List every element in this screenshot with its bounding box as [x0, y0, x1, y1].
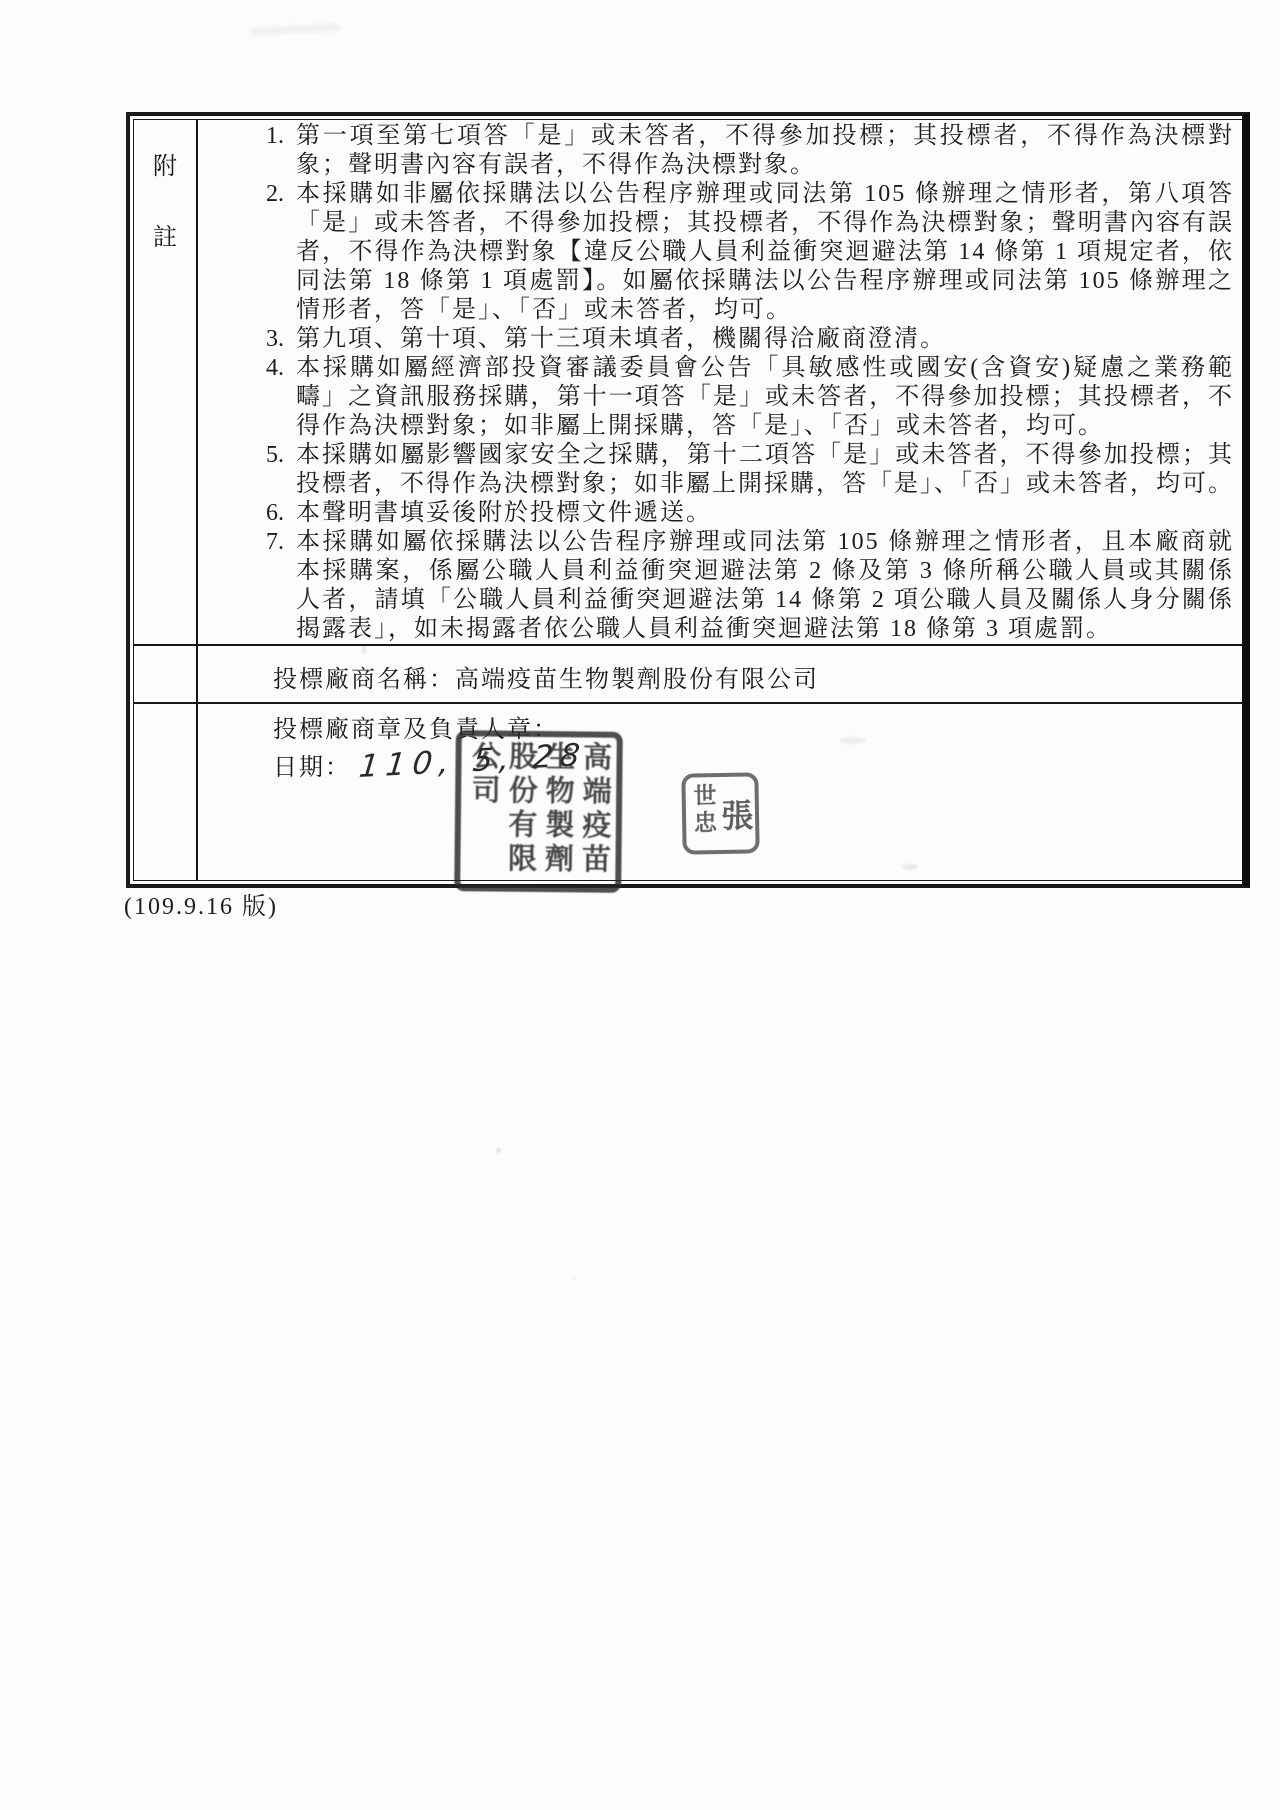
declaration-table: 附 註 第一項至第七項答「是」或未答者，不得參加投標；其投標者，不得作為決標對象… — [126, 112, 1250, 888]
note-item: 本採購如屬依採購法以公告程序辦理或同法第 105 條辦理之情形者，且本廠商就本採… — [296, 528, 1234, 644]
note-item: 第九項、第十項、第十三項未填者，機關得洽廠商澄清。 — [296, 325, 1234, 354]
note-item: 本採購如屬影響國家安全之採購，第十二項答「是」或未答者，不得參加投標；其投標者，… — [296, 441, 1234, 499]
personal-seal-left-column: 世忠 — [687, 777, 718, 851]
notes-header-char-1: 附 — [153, 146, 177, 181]
personal-seal-stamp: 張 世忠 — [681, 772, 759, 854]
note-item: 本採購如非屬依採購法以公告程序辦理或同法第 105 條辦理之情形者，第八項答「是… — [296, 180, 1234, 325]
scan-artifact — [902, 864, 918, 870]
form-version-note: (109.9.16 版) — [124, 886, 278, 921]
company-seal-text: 高端疫苗 生物製劑 股份有限 公司 — [464, 736, 613, 878]
stamp-row-label-cell — [134, 702, 198, 880]
vendor-name-cell: 投標廠商名稱：高端疫苗生物製劑股份有限公司 — [198, 644, 1242, 702]
vendor-name-value: 高端疫苗生物製劑股份有限公司 — [455, 667, 819, 693]
company-seal-stamp: 高端疫苗 生物製劑 股份有限 公司 — [454, 730, 623, 893]
notes-header-char-2: 註 — [153, 217, 177, 252]
vendor-name-label: 投標廠商名稱： — [273, 667, 455, 693]
notes-list: 第一項至第七項答「是」或未答者，不得參加投標；其投標者，不得作為決標對象；聲明書… — [198, 122, 1234, 644]
note-item: 第一項至第七項答「是」或未答者，不得參加投標；其投標者，不得作為決標對象；聲明書… — [296, 122, 1234, 180]
note-item: 本聲明書填妥後附於投標文件遞送。 — [296, 499, 1234, 528]
date-line: 日期： 110, 5, 28 — [273, 747, 1242, 782]
scan-artifact — [250, 24, 340, 36]
declaration-table-grid: 附 註 第一項至第七項答「是」或未答者，不得參加投標；其投標者，不得作為決標對象… — [133, 119, 1242, 881]
scan-artifact — [840, 737, 866, 744]
stamp-row-label: 投標廠商章及負責人章： — [273, 709, 1242, 744]
scan-artifact — [362, 645, 366, 654]
scan-artifact — [572, 1276, 576, 1280]
scan-artifact — [496, 1148, 501, 1153]
vendor-row-label-cell — [134, 644, 198, 702]
scanned-page: 附 註 第一項至第七項答「是」或未答者，不得參加投標；其投標者，不得作為決標對象… — [0, 0, 1280, 1810]
notes-cell: 第一項至第七項答「是」或未答者，不得參加投標；其投標者，不得作為決標對象；聲明書… — [198, 120, 1242, 644]
personal-seal-right-column: 張 — [721, 776, 754, 850]
note-item: 本採購如屬經濟部投資審議委員會公告「具敏感性或國安(含資安)疑慮之業務範疇」之資… — [296, 354, 1234, 441]
notes-header-cell: 附 註 — [134, 120, 198, 644]
date-label: 日期： — [273, 747, 351, 782]
